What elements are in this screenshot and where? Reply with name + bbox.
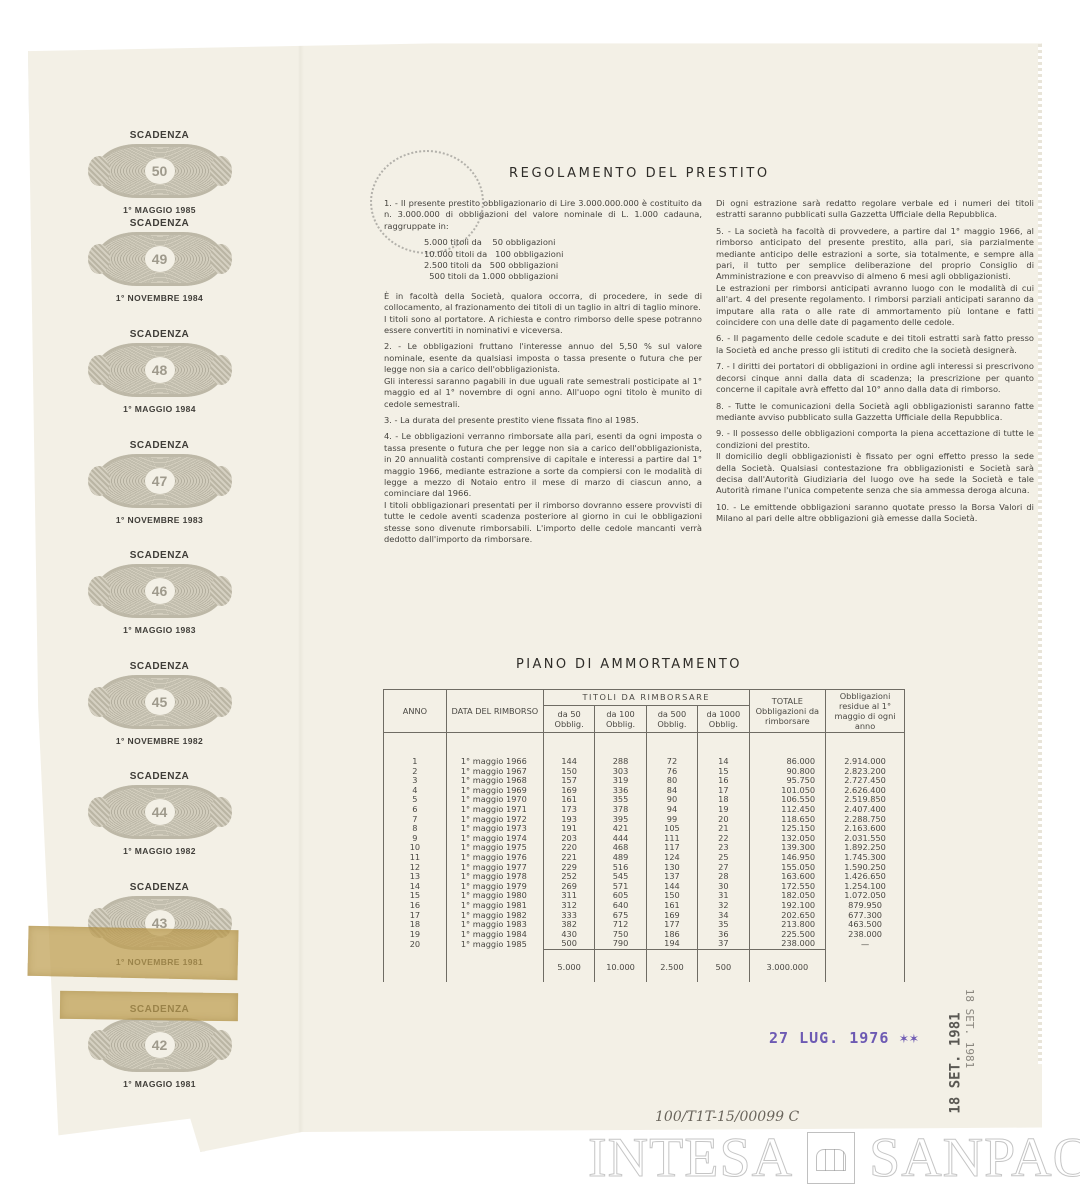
denomination-item: 500 titoli da 1.000 obbligazioni	[424, 271, 702, 282]
totals-row: 5.00010.0002.5005003.000.000	[384, 949, 905, 982]
table-cell-empty	[826, 949, 905, 982]
article-paragraph: 3. - La durata del presente prestito vie…	[384, 415, 702, 426]
table-cell: 1° maggio 1984	[446, 930, 543, 940]
coupon-number: 45	[145, 689, 175, 715]
col-header-data: DATA DEL RIMBORSO	[446, 690, 543, 733]
coupon-date: 1° MAGGIO 1982	[92, 846, 227, 856]
coupon: SCADENZA 49 1° NOVEMBRE 1984	[92, 218, 227, 328]
coupon: SCADENZA 48 1° MAGGIO 1984	[92, 329, 227, 439]
article-paragraph: Il domicilio degli obbligazionisti è fis…	[716, 451, 1034, 497]
guilloche-ornament-icon: 46	[96, 564, 224, 618]
col-header-da50: da 50 Obblig.	[543, 705, 594, 732]
coupon-date: 1° NOVEMBRE 1982	[92, 736, 227, 746]
coupon-label: SCADENZA	[92, 218, 227, 229]
coupon: SCADENZA 45 1° NOVEMBRE 1982	[92, 661, 227, 771]
total-cell: 500	[698, 949, 749, 982]
vertical-date-stamp: 18 SET. 1981	[948, 1012, 964, 1113]
coupon-date: 1° MAGGIO 1983	[92, 625, 227, 635]
table-cell: 144	[543, 733, 594, 767]
coupon-label: SCADENZA	[92, 882, 227, 893]
table-cell: 288	[595, 733, 646, 767]
table-row: 201° maggio 198550079019437238.000—	[384, 939, 905, 949]
guilloche-ornament-icon: 48	[96, 343, 224, 397]
coupon-date: 1° MAGGIO 1984	[92, 404, 227, 414]
total-cell: 3.000.000	[749, 949, 826, 982]
article-paragraph: 6. - Il pagamento delle cedole scadute e…	[716, 333, 1034, 356]
article-paragraph: 7. - I diritti dei portatori di obbligaz…	[716, 361, 1034, 395]
table-cell: 86.000	[749, 733, 826, 767]
coupon-number: 44	[145, 799, 175, 825]
coupon-label: SCADENZA	[92, 440, 227, 451]
coupon-label: SCADENZA	[92, 550, 227, 561]
adhesive-tape	[60, 991, 238, 1021]
article-paragraph: I titoli obbligazionari presentati per i…	[384, 500, 702, 546]
guilloche-ornament-icon: 44	[96, 785, 224, 839]
perforated-edge	[1038, 44, 1042, 1064]
col-header-anno: ANNO	[384, 690, 447, 733]
table-cell: 1° maggio 1985	[446, 939, 543, 949]
table-cell: 1	[384, 733, 447, 767]
article-paragraph: 1. - Il presente prestito obbligazionari…	[384, 198, 702, 232]
regolamento-title: REGOLAMENTO DEL PRESTITO	[509, 166, 770, 181]
coupon-number: 46	[145, 578, 175, 604]
denomination-item: 5.000 titoli da 50 obbligazioni	[424, 237, 702, 248]
article-paragraph: 4. - Le obbligazioni verranno rimborsate…	[384, 431, 702, 499]
coupon-date: 1° MAGGIO 1985	[92, 205, 227, 215]
coupon-number: 42	[145, 1032, 175, 1058]
coupon-date: 1° MAGGIO 1981	[92, 1079, 227, 1089]
article-paragraph: 10. - Le emittende obbligazioni saranno …	[716, 502, 1034, 525]
date-stamp: 27 LUG. 1976 ✶✶	[769, 1029, 919, 1047]
bond-denomination-list: 5.000 titoli da 50 obbligazioni 10.000 t…	[424, 237, 702, 283]
table-cell: 790	[595, 939, 646, 949]
coupon-number: 48	[145, 357, 175, 383]
coupon-number: 50	[145, 158, 175, 184]
coupon: SCADENZA 47 1° NOVEMBRE 1983	[92, 440, 227, 550]
piano-title: PIANO DI AMMORTAMENTO	[516, 657, 742, 672]
guilloche-ornament-icon: 49	[96, 232, 224, 286]
coupon-date: 1° NOVEMBRE 1983	[92, 515, 227, 525]
table-cell: 37	[698, 939, 749, 949]
article-paragraph: Le estrazioni per rimborsi anticipati av…	[716, 283, 1034, 329]
regolamento-left-column: 1. - Il presente prestito obbligazionari…	[384, 198, 702, 550]
table-cell: 500	[543, 939, 594, 949]
article-paragraph: 8. - Tutte le comunicazioni della Societ…	[716, 401, 1034, 424]
guilloche-ornament-icon: 47	[96, 454, 224, 508]
table-cell: 194	[646, 939, 697, 949]
article-paragraph: Gli interessi saranno pagabili in due ug…	[384, 376, 702, 410]
table-row: 11° maggio 1966144288721486.0002.914.000	[384, 733, 905, 767]
col-header-totale: TOTALE Obbligazioni da rimborsare	[749, 690, 826, 733]
coupon-number: 47	[145, 468, 175, 494]
article-paragraph: 5. - La società ha facoltà di provvedere…	[716, 226, 1034, 283]
article-paragraph: Di ogni estrazione sarà redatto regolare…	[716, 198, 1034, 221]
total-cell: 10.000	[595, 949, 646, 982]
article-paragraph: 2. - Le obbligazioni fruttano l'interess…	[384, 341, 702, 375]
guilloche-ornament-icon: 45	[96, 675, 224, 729]
coupon-number: 49	[145, 246, 175, 272]
col-header-residue: Obbligazioni residue al 1° maggio di ogn…	[826, 690, 905, 733]
article-paragraph: I titoli sono al portatore. A richiesta …	[384, 314, 702, 337]
adhesive-tape	[27, 926, 238, 980]
col-header-da100: da 100 Obblig.	[595, 705, 646, 732]
table-cell: 20	[384, 939, 447, 949]
denomination-item: 2.500 titoli da 500 obbligazioni	[424, 260, 702, 271]
total-cell: 2.500	[646, 949, 697, 982]
coupon-label: SCADENZA	[92, 130, 227, 141]
table-cell: 2.914.000	[826, 733, 905, 767]
coupon-date: 1° NOVEMBRE 1984	[92, 293, 227, 303]
table-cell: —	[826, 939, 905, 949]
table-cell: 14	[698, 733, 749, 767]
regolamento-right-column: Di ogni estrazione sarà redatto regolare…	[716, 198, 1034, 530]
amortization-table: ANNO DATA DEL RIMBORSO TITOLI DA RIMBORS…	[383, 689, 905, 982]
coupon: SCADENZA 46 1° MAGGIO 1983	[92, 550, 227, 660]
table-cell: 238.000	[826, 930, 905, 940]
total-cell: 5.000	[543, 949, 594, 982]
watermark: INTESA SANPAOLO	[588, 1128, 1080, 1188]
vertical-date-stamp-ghost: 18 SET. 1981	[963, 989, 976, 1068]
table-cell: 238.000	[749, 939, 826, 949]
article-paragraph: 9. - Il possesso delle obbligazioni comp…	[716, 428, 1034, 451]
table-row: 191° maggio 198443075018636225.500238.00…	[384, 930, 905, 940]
col-header-titoli: TITOLI DA RIMBORSARE	[543, 690, 749, 706]
coupon-label: SCADENZA	[92, 771, 227, 782]
col-header-da500: da 500 Obblig.	[646, 705, 697, 732]
handwritten-reference: 100/T1T-15/00099 C	[655, 1109, 799, 1125]
col-header-da1000: da 1000 Obblig.	[698, 705, 749, 732]
coupon-label: SCADENZA	[92, 661, 227, 672]
watermark-text-left: INTESA	[588, 1126, 793, 1190]
coupon: SCADENZA 44 1° MAGGIO 1982	[92, 771, 227, 881]
guilloche-ornament-icon: 42	[96, 1018, 224, 1072]
article-paragraph: È in facoltà della Società, qualora occo…	[384, 291, 702, 314]
coupon-label: SCADENZA	[92, 329, 227, 340]
table-cell-empty	[384, 949, 447, 982]
denomination-item: 10.000 titoli da 100 obbligazioni	[424, 249, 702, 260]
table-cell-empty	[446, 949, 543, 982]
table-cell: 1° maggio 1966	[446, 733, 543, 767]
watermark-text-right: SANPAOLO	[869, 1126, 1080, 1190]
bank-logo-icon	[807, 1132, 855, 1184]
guilloche-ornament-icon: 50	[96, 144, 224, 198]
table-cell: 72	[646, 733, 697, 767]
table-cell: 19	[384, 930, 447, 940]
